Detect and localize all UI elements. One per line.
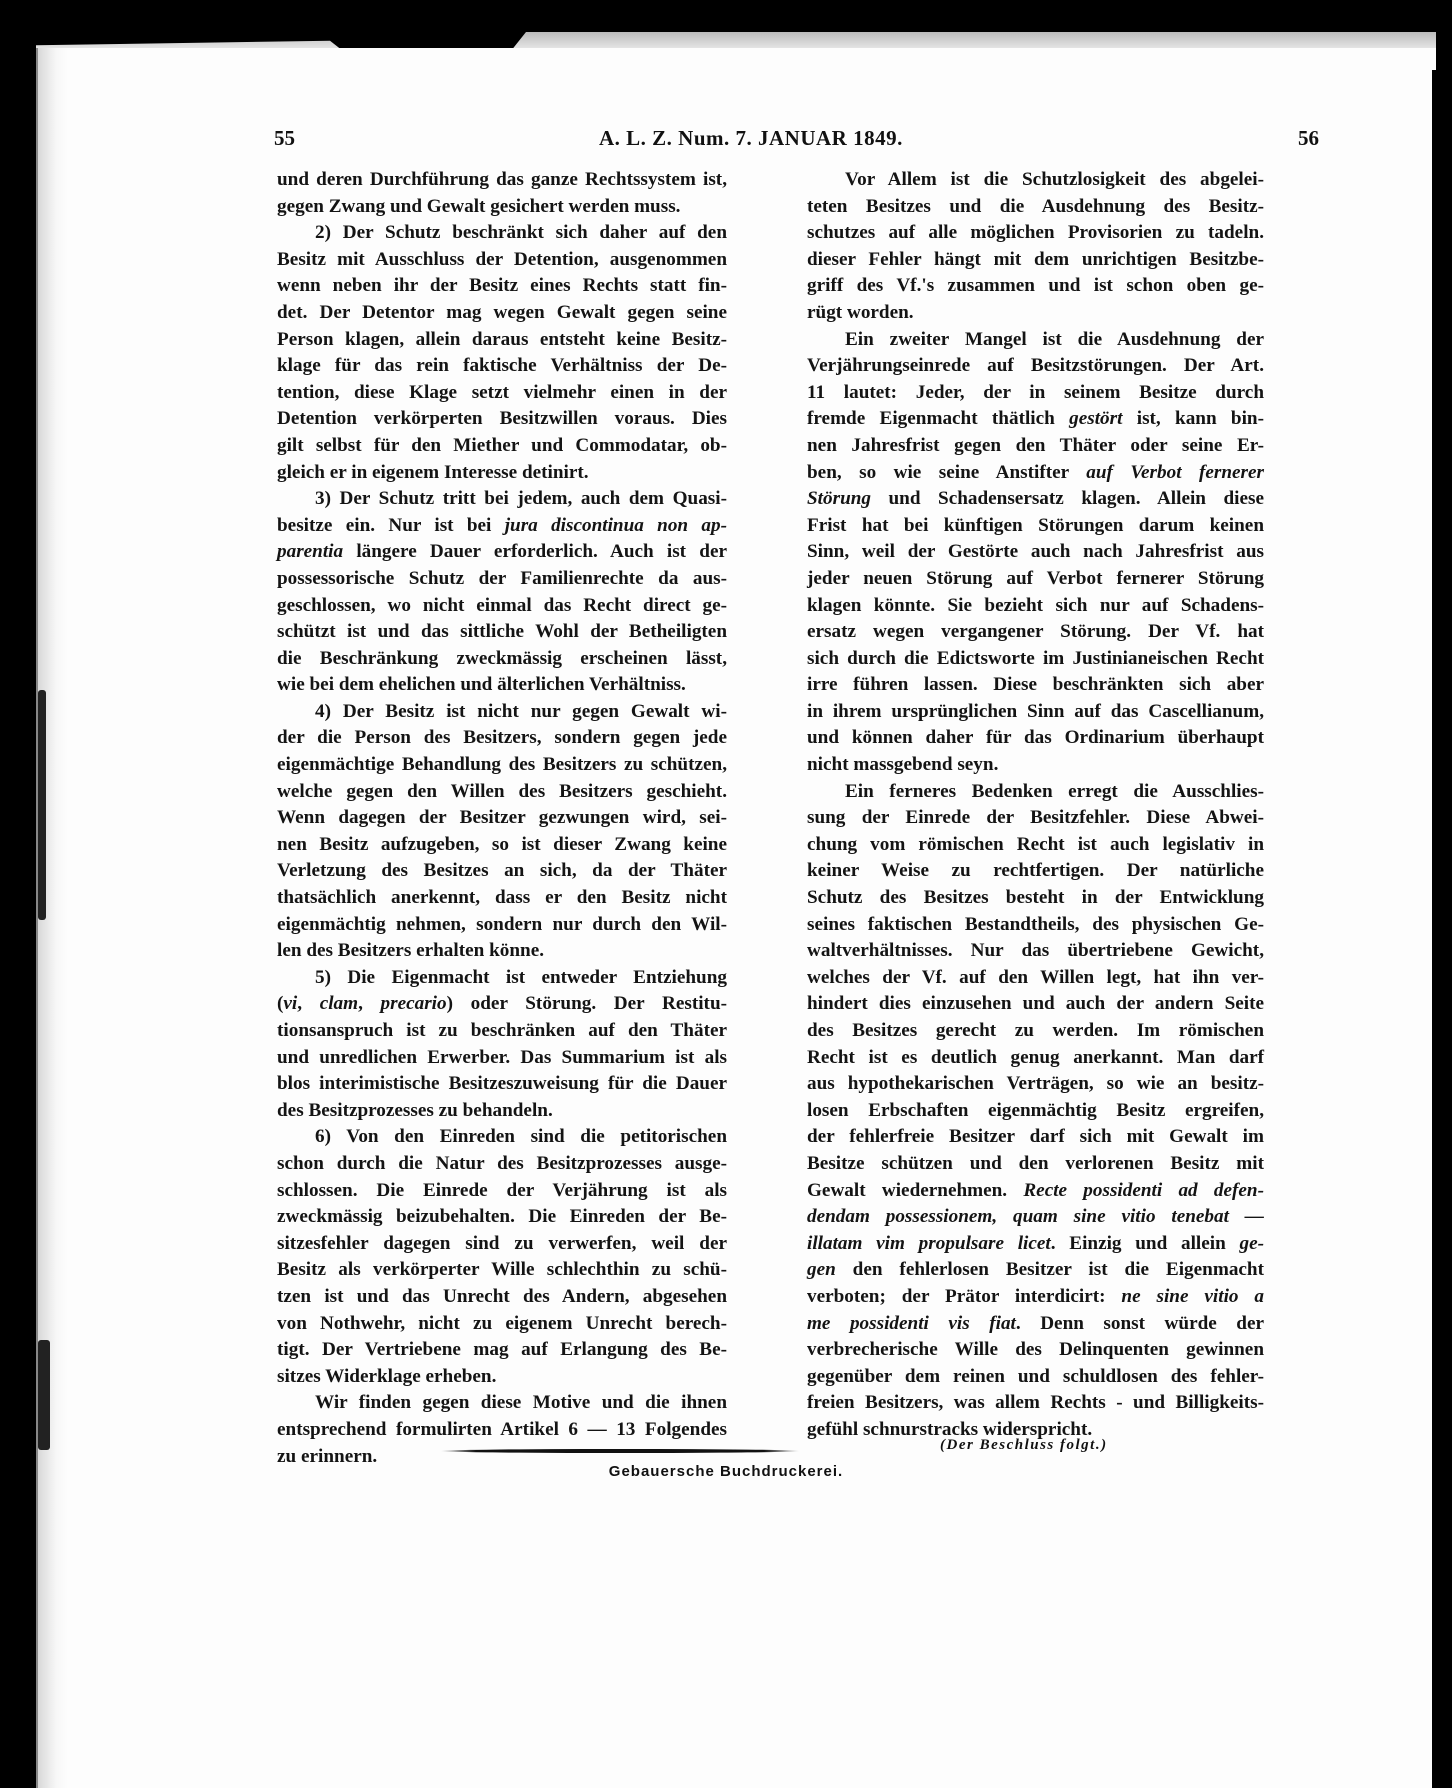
- running-header: 55 A. L. Z. Num. 7. JANUAR 1849. 56: [274, 126, 1319, 156]
- text-line: len des Besitzers erhalten könne.: [277, 938, 727, 965]
- text-line: nen Jahresfrist gegen den Thäter oder se…: [807, 433, 1264, 460]
- text-line: Gewalt wiedernehmen. Recte possidenti ad…: [807, 1178, 1264, 1205]
- text-line: sitzes Widerklage erheben.: [277, 1364, 727, 1391]
- text-line: klage für das rein faktische Verhältniss…: [277, 353, 727, 380]
- text-line: und unredlichen Erwerber. Das Summarium …: [277, 1045, 727, 1072]
- text-line: 2) Der Schutz beschränkt sich daher auf …: [277, 220, 727, 247]
- text-line: nicht massgebend seyn.: [807, 752, 1264, 779]
- text-line: ben, so wie seine Anstifter auf Verbot f…: [807, 460, 1264, 487]
- text-line: gegen Zwang und Gewalt gesichert werden …: [277, 194, 727, 221]
- footer-rule: [440, 1449, 800, 1453]
- text-line: der fehlerfreie Besitzer darf sich mit G…: [807, 1124, 1264, 1151]
- text-line: seines faktischen Bestandtheils, des phy…: [807, 912, 1264, 939]
- text-line: losen Erbschaften eigenmächtig Besitz er…: [807, 1098, 1264, 1125]
- text-line: verboten; der Prätor interdicirt: ne sin…: [807, 1284, 1264, 1311]
- text-line: tention, diese Klage setzt vielmehr eine…: [277, 380, 727, 407]
- text-line: dieser Fehler hängt mit dem unrichtigen …: [807, 247, 1264, 274]
- text-line: teten Besitzes und die Ausdehnung des Be…: [807, 194, 1264, 221]
- text-line: Vor Allem ist die Schutzlosigkeit des ab…: [807, 167, 1264, 194]
- text-line: Recht ist es deutlich genug anerkannt. M…: [807, 1045, 1264, 1072]
- text-line: blos interimistische Besitzeszuweisung f…: [277, 1071, 727, 1098]
- printer-imprint: Gebauersche Buchdruckerei.: [0, 1463, 1452, 1480]
- text-line: illatam vim propulsare licet. Einzig und…: [807, 1231, 1264, 1258]
- text-line: Person klagen, allein daraus entsteht ke…: [277, 327, 727, 354]
- text-line: Besitz als verkörperter Wille schlechthi…: [277, 1257, 727, 1284]
- text-line: Verjährungseinrede auf Besitzstörungen. …: [807, 353, 1264, 380]
- text-line: aus hypothekarischen Verträgen, so wie a…: [807, 1071, 1264, 1098]
- text-line: me possidenti vis fiat. Denn sonst würde…: [807, 1311, 1264, 1338]
- text-line: freien Besitzers, was allem Rechts - und…: [807, 1390, 1264, 1417]
- text-line: irre führen lassen. Diese beschränkten s…: [807, 672, 1264, 699]
- text-line: zweckmässig beizubehalten. Die Einreden …: [277, 1204, 727, 1231]
- right-column: Vor Allem ist die Schutzlosigkeit des ab…: [807, 167, 1264, 1444]
- text-line: (vi, clam, precario) oder Störung. Der R…: [277, 991, 727, 1018]
- text-line: die Beschränkung zweckmässig erscheinen …: [277, 646, 727, 673]
- text-line: geschlossen, wo nicht einmal das Recht d…: [277, 593, 727, 620]
- text-line: und deren Durchführung das ganze Rechtss…: [277, 167, 727, 194]
- text-line: jeder neuen Störung auf Verbot fernerer …: [807, 566, 1264, 593]
- text-line: Verletzung des Besitzes an sich, da der …: [277, 858, 727, 885]
- text-line: entsprechend formulirten Artikel 6 — 13 …: [277, 1417, 727, 1444]
- text-line: Sinn, weil der Gestörte auch nach Jahres…: [807, 539, 1264, 566]
- text-line: det. Der Detentor mag wegen Gewalt gegen…: [277, 300, 727, 327]
- text-line: sung der Einrede der Besitzfehler. Diese…: [807, 805, 1264, 832]
- left-column: und deren Durchführung das ganze Rechtss…: [277, 167, 727, 1470]
- text-line: schon durch die Natur des Besitzprozesse…: [277, 1151, 727, 1178]
- text-line: wenn neben ihr der Besitz eines Rechts s…: [277, 273, 727, 300]
- text-line: dendam possessionem, quam sine vitio ten…: [807, 1204, 1264, 1231]
- text-line: und können daher für das Ordinarium über…: [807, 725, 1264, 752]
- text-line: gegenüber dem reinen und schuldlosen des…: [807, 1364, 1264, 1391]
- text-line: possessorische Schutz der Familienrechte…: [277, 566, 727, 593]
- text-line: Detention verkörperten Besitzwillen vora…: [277, 406, 727, 433]
- text-line: welches der Vf. auf den Willen legt, hat…: [807, 965, 1264, 992]
- text-line: 6) Von den Einreden sind die petitorisch…: [277, 1124, 727, 1151]
- text-line: des Besitzprozesses zu behandeln.: [277, 1098, 727, 1125]
- text-line: schlossen. Die Einrede der Verjährung is…: [277, 1178, 727, 1205]
- text-line: sich durch die Edictsworte im Justiniane…: [807, 646, 1264, 673]
- binding-mark: [38, 690, 46, 920]
- text-line: 4) Der Besitz ist nicht nur gegen Gewalt…: [277, 699, 727, 726]
- text-line: von Nothwehr, nicht zu eigenem Unrecht b…: [277, 1311, 727, 1338]
- text-line: Frist hat bei künftigen Störungen darum …: [807, 513, 1264, 540]
- text-line: klagen könnte. Sie bezieht sich nur auf …: [807, 593, 1264, 620]
- text-line: tionsanspruch ist zu beschränken auf den…: [277, 1018, 727, 1045]
- text-line: Schutz des Besitzes besteht in der Entwi…: [807, 885, 1264, 912]
- text-line: 3) Der Schutz tritt bei jedem, auch dem …: [277, 486, 727, 513]
- journal-title: A. L. Z. Num. 7. JANUAR 1849.: [599, 126, 903, 151]
- text-line: Störung und Schadensersatz klagen. Allei…: [807, 486, 1264, 513]
- text-line: der die Person des Besitzers, sondern ge…: [277, 725, 727, 752]
- text-line: fremde Eigenmacht thätlich gestört ist, …: [807, 406, 1264, 433]
- text-line: eigenmächtige Behandlung des Besitzers z…: [277, 752, 727, 779]
- text-line: nen Besitz aufzugeben, so ist dieser Zwa…: [277, 832, 727, 859]
- text-line: schützt ist und das sittliche Wohl der B…: [277, 619, 727, 646]
- text-line: wie bei dem ehelichen und älterlichen Ve…: [277, 672, 727, 699]
- text-line: gleich er in eigenem Interesse detinirt.: [277, 460, 727, 487]
- text-line: chung vom römischen Recht ist auch legis…: [807, 832, 1264, 859]
- text-line: hindert dies einzusehen und auch der and…: [807, 991, 1264, 1018]
- text-line: Besitze schützen und den verlorenen Besi…: [807, 1151, 1264, 1178]
- text-line: gilt selbst für den Miether und Commodat…: [277, 433, 727, 460]
- text-line: sitzesfehler dagegen sind zu verwerfen, …: [277, 1231, 727, 1258]
- binding-mark: [38, 1340, 50, 1450]
- text-line: Besitz mit Ausschluss der Detention, aus…: [277, 247, 727, 274]
- scan-border: [1432, 70, 1452, 1788]
- text-line: parentia längere Dauer erforderlich. Auc…: [277, 539, 727, 566]
- text-line: 5) Die Eigenmacht ist entweder Entziehun…: [277, 965, 727, 992]
- text-line: gen den fehlerlosen Besitzer ist die Eig…: [807, 1257, 1264, 1284]
- text-line: ersatz wegen vergangener Störung. Der Vf…: [807, 619, 1264, 646]
- text-line: verbrecherische Wille des Delinquenten g…: [807, 1337, 1264, 1364]
- text-line: keiner Weise zu rechtfertigen. Der natür…: [807, 858, 1264, 885]
- text-line: eigenmächtig nehmen, sondern nur durch d…: [277, 912, 727, 939]
- text-line: welche gegen den Willen des Besitzers ge…: [277, 779, 727, 806]
- continued-note: (Der Beschluss folgt.): [940, 1437, 1108, 1454]
- page-number-left: 55: [274, 126, 295, 151]
- text-line: Ein zweiter Mangel ist die Ausdehnung de…: [807, 327, 1264, 354]
- text-line: Wir finden gegen diese Motive und die ih…: [277, 1390, 727, 1417]
- text-line: rügt worden.: [807, 300, 1264, 327]
- text-line: griff des Vf.'s zusammen und ist schon o…: [807, 273, 1264, 300]
- text-line: schutzes auf alle möglichen Provisorien …: [807, 220, 1264, 247]
- text-line: Wenn dagegen der Besitzer gezwungen wird…: [277, 805, 727, 832]
- text-line: des Besitzes gerecht zu werden. Im römis…: [807, 1018, 1264, 1045]
- text-line: Ein ferneres Bedenken erregt die Ausschl…: [807, 779, 1264, 806]
- text-line: tigt. Der Vertriebene mag auf Erlangung …: [277, 1337, 727, 1364]
- text-line: besitze ein. Nur ist bei jura discontinu…: [277, 513, 727, 540]
- page-number-right: 56: [1298, 126, 1319, 151]
- text-line: in ihrem ursprünglichen Sinn auf das Cas…: [807, 699, 1264, 726]
- text-line: waltverhältnisses. Nur das übertriebene …: [807, 938, 1264, 965]
- text-line: 11 lautet: Jeder, der in seinem Besitze …: [807, 380, 1264, 407]
- text-line: tzen ist und das Unrecht des Andern, abg…: [277, 1284, 727, 1311]
- text-line: thatsächlich anerkennt, dass er den Besi…: [277, 885, 727, 912]
